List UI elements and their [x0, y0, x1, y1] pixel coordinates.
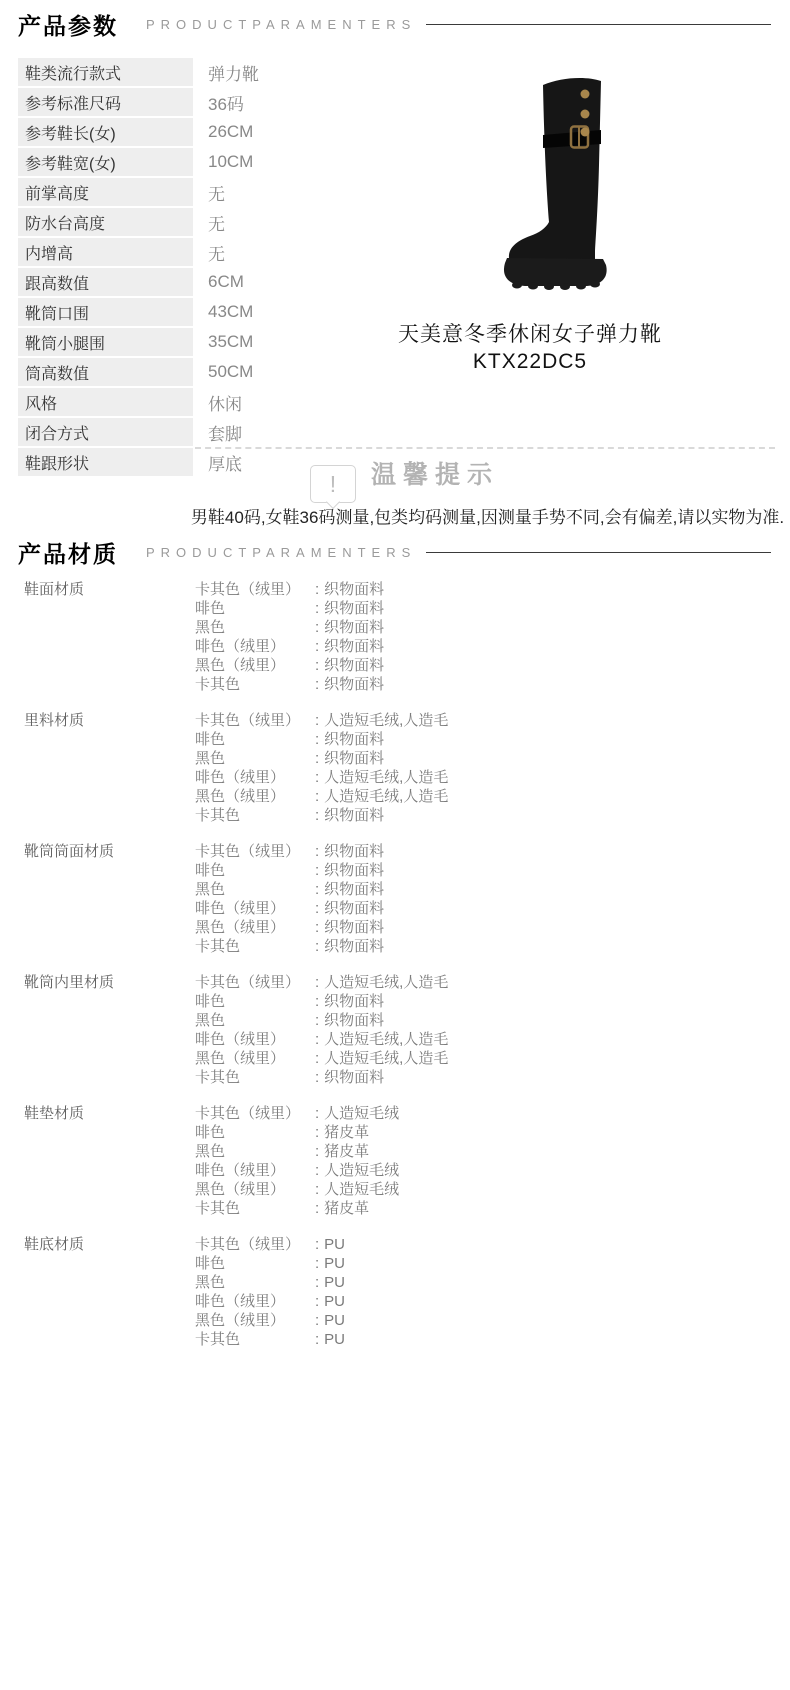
material-row: 卡其色（绒里） : 人造短毛绒,人造毛: [195, 973, 448, 992]
material-colon: :: [315, 675, 319, 694]
material-colon: :: [315, 656, 319, 675]
material-colon: :: [315, 842, 319, 861]
material-value: 猪皮革: [324, 1199, 369, 1218]
material-colon: :: [315, 1254, 319, 1273]
material-colon: :: [315, 768, 319, 787]
material-row: 啡色（绒里） : PU: [195, 1292, 345, 1311]
material-value: 织物面料: [324, 749, 384, 768]
stud-icon: [581, 128, 590, 137]
param-value: 50CM: [208, 358, 253, 386]
material-value: 人造短毛绒,人造毛: [324, 1030, 448, 1049]
material-colon: :: [315, 973, 319, 992]
material-row: 黑色 : PU: [195, 1273, 345, 1292]
material-row: 啡色 : 织物面料: [195, 861, 384, 880]
material-row: 啡色 : 猪皮革: [195, 1123, 399, 1142]
material-colon: :: [315, 880, 319, 899]
param-value: 无: [208, 178, 225, 206]
material-color: 卡其色: [195, 1068, 315, 1087]
material-colon: :: [315, 1180, 319, 1199]
material-rows: 卡其色（绒里） : 人造短毛绒,人造毛 啡色 : 织物面料 黑色 : 织物面料 …: [195, 973, 448, 1087]
material-value: 人造短毛绒,人造毛: [324, 787, 448, 806]
material-color: 黑色（绒里）: [195, 1049, 315, 1068]
material-color: 啡色（绒里）: [195, 1161, 315, 1180]
material-color: 黑色: [195, 1142, 315, 1161]
material-row: 卡其色（绒里） : 人造短毛绒: [195, 1104, 399, 1123]
material-rows: 卡其色（绒里） : 人造短毛绒 啡色 : 猪皮革 黑色 : 猪皮革 啡色（绒里）…: [195, 1104, 399, 1218]
material-color: 卡其色（绒里）: [195, 580, 315, 599]
material-section: 靴筒内里材质 卡其色（绒里） : 人造短毛绒,人造毛 啡色 : 织物面料 黑色 …: [18, 973, 448, 1087]
material-colon: :: [315, 1123, 319, 1142]
material-row: 卡其色（绒里） : 织物面料: [195, 580, 384, 599]
stud-icon: [581, 110, 590, 119]
param-row: 参考鞋宽(女) 10CM: [18, 148, 259, 176]
material-section: 鞋面材质 卡其色（绒里） : 织物面料 啡色 : 织物面料 黑色 : 织物面料 …: [18, 580, 448, 694]
param-label: 内增高: [18, 238, 193, 266]
material-value: 织物面料: [324, 918, 384, 937]
material-row: 黑色（绒里） : 人造短毛绒,人造毛: [195, 787, 448, 806]
material-value: 织物面料: [324, 992, 384, 1011]
material-color: 卡其色: [195, 1330, 315, 1349]
param-row: 鞋类流行款式 弹力靴: [18, 58, 259, 86]
material-colon: :: [315, 730, 319, 749]
material-row: 卡其色（绒里） : 织物面料: [195, 842, 384, 861]
material-value: 织物面料: [324, 1011, 384, 1030]
material-color: 黑色: [195, 749, 315, 768]
material-colon: :: [315, 787, 319, 806]
params-table: 鞋类流行款式 弹力靴 参考标准尺码 36码 参考鞋长(女) 26CM 参考鞋宽(…: [18, 58, 259, 476]
material-rows: 卡其色（绒里） : 织物面料 啡色 : 织物面料 黑色 : 织物面料 啡色（绒里…: [195, 580, 384, 694]
param-label: 参考鞋宽(女): [18, 148, 193, 176]
material-row: 黑色（绒里） : 织物面料: [195, 918, 384, 937]
materials-section-title: 产品材质: [18, 536, 118, 569]
material-colon: :: [315, 1104, 319, 1123]
material-color: 黑色（绒里）: [195, 1180, 315, 1199]
material-colon: :: [315, 1199, 319, 1218]
header-divider-line: [426, 552, 771, 553]
material-value: 织物面料: [324, 880, 384, 899]
material-colon: :: [315, 1030, 319, 1049]
material-rows: 卡其色（绒里） : PU 啡色 : PU 黑色 : PU 啡色（绒里） : PU…: [195, 1235, 345, 1349]
param-value: 36码: [208, 88, 244, 116]
material-row: 卡其色 : PU: [195, 1330, 345, 1349]
param-label: 前掌高度: [18, 178, 193, 206]
material-value: 织物面料: [324, 1068, 384, 1087]
param-row: 内增高 无: [18, 238, 259, 266]
material-color: 啡色: [195, 861, 315, 880]
param-label: 鞋跟形状: [18, 448, 193, 476]
material-section: 靴筒筒面材质 卡其色（绒里） : 织物面料 啡色 : 织物面料 黑色 : 织物面…: [18, 842, 448, 956]
material-value: PU: [324, 1330, 345, 1349]
material-color: 啡色: [195, 599, 315, 618]
material-value: 织物面料: [324, 656, 384, 675]
material-value: 织物面料: [324, 861, 384, 880]
product-detail-page: 产品参数 PRODUCTPARAMENTERS 鞋类流行款式 弹力靴 参考标准尺…: [0, 0, 790, 1690]
material-row: 啡色 : 织物面料: [195, 992, 448, 1011]
material-row: 黑色 : 织物面料: [195, 880, 384, 899]
param-value: 43CM: [208, 298, 253, 326]
param-row: 鞋跟形状 厚底: [18, 448, 259, 476]
header-divider-line: [426, 24, 771, 25]
material-label: 鞋底材质: [18, 1235, 195, 1349]
material-value: 人造短毛绒: [324, 1161, 399, 1180]
params-section-title: 产品参数: [18, 8, 118, 41]
param-row: 防水台高度 无: [18, 208, 259, 236]
material-row: 卡其色（绒里） : PU: [195, 1235, 345, 1254]
params-section-subtitle: PRODUCTPARAMENTERS: [146, 17, 416, 32]
material-value: 人造短毛绒,人造毛: [324, 1049, 448, 1068]
material-value: 人造短毛绒,人造毛: [324, 973, 448, 992]
param-label: 参考鞋长(女): [18, 118, 193, 146]
material-color: 啡色（绒里）: [195, 768, 315, 787]
material-colon: :: [315, 1235, 319, 1254]
material-value: 织物面料: [324, 580, 384, 599]
material-row: 啡色（绒里） : 人造短毛绒,人造毛: [195, 1030, 448, 1049]
material-color: 黑色: [195, 618, 315, 637]
material-row: 黑色 : 织物面料: [195, 1011, 448, 1030]
material-color: 黑色（绒里）: [195, 918, 315, 937]
param-label: 防水台高度: [18, 208, 193, 236]
material-row: 黑色（绒里） : 人造短毛绒: [195, 1180, 399, 1199]
material-color: 卡其色: [195, 1199, 315, 1218]
param-row: 闭合方式 套脚: [18, 418, 259, 446]
material-colon: :: [315, 1273, 319, 1292]
material-colon: :: [315, 861, 319, 880]
material-colon: :: [315, 1049, 319, 1068]
material-row: 黑色 : 猪皮革: [195, 1142, 399, 1161]
material-row: 黑色（绒里） : 人造短毛绒,人造毛: [195, 1049, 448, 1068]
material-row: 黑色（绒里） : PU: [195, 1311, 345, 1330]
param-row: 风格 休闲: [18, 388, 259, 416]
param-row: 跟高数值 6CM: [18, 268, 259, 296]
param-row: 参考鞋长(女) 26CM: [18, 118, 259, 146]
material-row: 卡其色（绒里） : 人造短毛绒,人造毛: [195, 711, 448, 730]
material-value: 人造短毛绒: [324, 1104, 399, 1123]
material-value: PU: [324, 1235, 345, 1254]
material-colon: :: [315, 918, 319, 937]
material-row: 啡色（绒里） : 人造短毛绒: [195, 1161, 399, 1180]
material-color: 黑色: [195, 880, 315, 899]
material-colon: :: [315, 899, 319, 918]
material-row: 卡其色 : 织物面料: [195, 1068, 448, 1087]
materials-list: 鞋面材质 卡其色（绒里） : 织物面料 啡色 : 织物面料 黑色 : 织物面料 …: [18, 580, 448, 1366]
material-value: 织物面料: [324, 806, 384, 825]
material-value: PU: [324, 1273, 345, 1292]
material-value: 猪皮革: [324, 1123, 369, 1142]
param-value: 无: [208, 208, 225, 236]
material-colon: :: [315, 580, 319, 599]
material-row: 啡色（绒里） : 织物面料: [195, 899, 384, 918]
material-value: 人造短毛绒,人造毛: [324, 768, 448, 787]
stud-icon: [581, 90, 590, 99]
material-colon: :: [315, 1068, 319, 1087]
product-image: [395, 55, 655, 290]
param-value: 6CM: [208, 268, 244, 296]
material-row: 卡其色 : 织物面料: [195, 937, 384, 956]
material-colon: :: [315, 618, 319, 637]
material-label: 靴筒筒面材质: [18, 842, 195, 956]
materials-section-subtitle: PRODUCTPARAMENTERS: [146, 545, 416, 560]
param-label: 参考标准尺码: [18, 88, 193, 116]
material-color: 啡色: [195, 992, 315, 1011]
param-label: 鞋类流行款式: [18, 58, 193, 86]
material-label: 靴筒内里材质: [18, 973, 195, 1087]
material-value: PU: [324, 1292, 345, 1311]
material-colon: :: [315, 806, 319, 825]
material-colon: :: [315, 749, 319, 768]
material-colon: :: [315, 1292, 319, 1311]
material-row: 卡其色 : 织物面料: [195, 675, 384, 694]
param-label: 靴筒口围: [18, 298, 193, 326]
param-label: 跟高数值: [18, 268, 193, 296]
material-rows: 卡其色（绒里） : 织物面料 啡色 : 织物面料 黑色 : 织物面料 啡色（绒里…: [195, 842, 384, 956]
material-colon: :: [315, 637, 319, 656]
material-colon: :: [315, 1311, 319, 1330]
boot-image: [435, 55, 615, 295]
material-row: 啡色（绒里） : 人造短毛绒,人造毛: [195, 768, 448, 787]
material-value: 织物面料: [324, 618, 384, 637]
material-value: 人造短毛绒: [324, 1180, 399, 1199]
size-measurement-note: 男鞋40码,女鞋36码测量,包类均码测量,因测量手势不同,会有偏差,请以实物为准…: [190, 503, 785, 528]
material-colon: :: [315, 711, 319, 730]
material-value: 织物面料: [324, 937, 384, 956]
exclamation-icon: !: [330, 473, 336, 496]
material-color: 黑色: [195, 1273, 315, 1292]
material-value: 织物面料: [324, 842, 384, 861]
param-row: 靴筒小腿围 35CM: [18, 328, 259, 356]
material-row: 卡其色 : 猪皮革: [195, 1199, 399, 1218]
material-colon: :: [315, 992, 319, 1011]
material-color: 黑色（绒里）: [195, 1311, 315, 1330]
product-model: KTX22DC5: [350, 350, 710, 374]
material-value: PU: [324, 1254, 345, 1273]
material-color: 啡色（绒里）: [195, 899, 315, 918]
param-label: 靴筒小腿围: [18, 328, 193, 356]
material-colon: :: [315, 599, 319, 618]
material-value: 织物面料: [324, 637, 384, 656]
material-section: 鞋垫材质 卡其色（绒里） : 人造短毛绒 啡色 : 猪皮革 黑色 : 猪皮革 啡…: [18, 1104, 448, 1218]
material-colon: :: [315, 1330, 319, 1349]
param-value: 套脚: [208, 418, 242, 446]
tip-bubble: !: [310, 465, 356, 503]
material-value: PU: [324, 1311, 345, 1330]
param-value: 休闲: [208, 388, 242, 416]
material-value: 织物面料: [324, 675, 384, 694]
material-value: 织物面料: [324, 599, 384, 618]
product-name: 天美意冬季休闲女子弹力靴: [350, 318, 710, 348]
material-value: 织物面料: [324, 730, 384, 749]
param-value: 26CM: [208, 118, 253, 146]
material-colon: :: [315, 1011, 319, 1030]
material-label: 鞋面材质: [18, 580, 195, 694]
material-color: 卡其色（绒里）: [195, 1104, 315, 1123]
material-value: 人造短毛绒,人造毛: [324, 711, 448, 730]
material-row: 卡其色 : 织物面料: [195, 806, 448, 825]
param-row: 前掌高度 无: [18, 178, 259, 206]
material-label: 鞋垫材质: [18, 1104, 195, 1218]
material-color: 啡色: [195, 1254, 315, 1273]
material-color: 卡其色（绒里）: [195, 842, 315, 861]
material-value: 猪皮革: [324, 1142, 369, 1161]
material-colon: :: [315, 1161, 319, 1180]
material-row: 啡色 : 织物面料: [195, 599, 384, 618]
material-color: 卡其色: [195, 806, 315, 825]
material-color: 啡色（绒里）: [195, 637, 315, 656]
material-color: 卡其色: [195, 675, 315, 694]
material-label: 里料材质: [18, 711, 195, 825]
material-section: 鞋底材质 卡其色（绒里） : PU 啡色 : PU 黑色 : PU 啡色（绒里）…: [18, 1235, 448, 1349]
material-color: 啡色（绒里）: [195, 1292, 315, 1311]
param-value: 厚底: [208, 448, 242, 476]
material-row: 黑色 : 织物面料: [195, 749, 448, 768]
param-row: 靴筒口围 43CM: [18, 298, 259, 326]
param-label: 风格: [18, 388, 193, 416]
material-row: 啡色 : PU: [195, 1254, 345, 1273]
param-value: 10CM: [208, 148, 253, 176]
material-row: 啡色（绒里） : 织物面料: [195, 637, 384, 656]
material-color: 黑色（绒里）: [195, 787, 315, 806]
param-value: 弹力靴: [208, 58, 259, 86]
material-color: 啡色（绒里）: [195, 1030, 315, 1049]
material-colon: :: [315, 937, 319, 956]
param-row: 参考标准尺码 36码: [18, 88, 259, 116]
material-row: 啡色 : 织物面料: [195, 730, 448, 749]
material-color: 啡色: [195, 730, 315, 749]
section-header-params: 产品参数 PRODUCTPARAMENTERS: [18, 10, 773, 38]
dashed-divider: [195, 447, 775, 449]
material-color: 卡其色（绒里）: [195, 1235, 315, 1254]
param-label: 筒高数值: [18, 358, 193, 386]
material-color: 黑色: [195, 1011, 315, 1030]
param-label: 闭合方式: [18, 418, 193, 446]
material-row: 黑色 : 织物面料: [195, 618, 384, 637]
section-header-materials: 产品材质 PRODUCTPARAMENTERS: [18, 538, 773, 566]
material-rows: 卡其色（绒里） : 人造短毛绒,人造毛 啡色 : 织物面料 黑色 : 织物面料 …: [195, 711, 448, 825]
material-colon: :: [315, 1142, 319, 1161]
tip-title: 温馨提示: [371, 455, 499, 491]
material-color: 卡其色（绒里）: [195, 711, 315, 730]
material-color: 啡色: [195, 1123, 315, 1142]
param-value: 无: [208, 238, 225, 266]
material-color: 黑色（绒里）: [195, 656, 315, 675]
material-color: 卡其色（绒里）: [195, 973, 315, 992]
material-value: 织物面料: [324, 899, 384, 918]
param-value: 35CM: [208, 328, 253, 356]
param-row: 筒高数值 50CM: [18, 358, 259, 386]
material-color: 卡其色: [195, 937, 315, 956]
material-row: 黑色（绒里） : 织物面料: [195, 656, 384, 675]
material-section: 里料材质 卡其色（绒里） : 人造短毛绒,人造毛 啡色 : 织物面料 黑色 : …: [18, 711, 448, 825]
